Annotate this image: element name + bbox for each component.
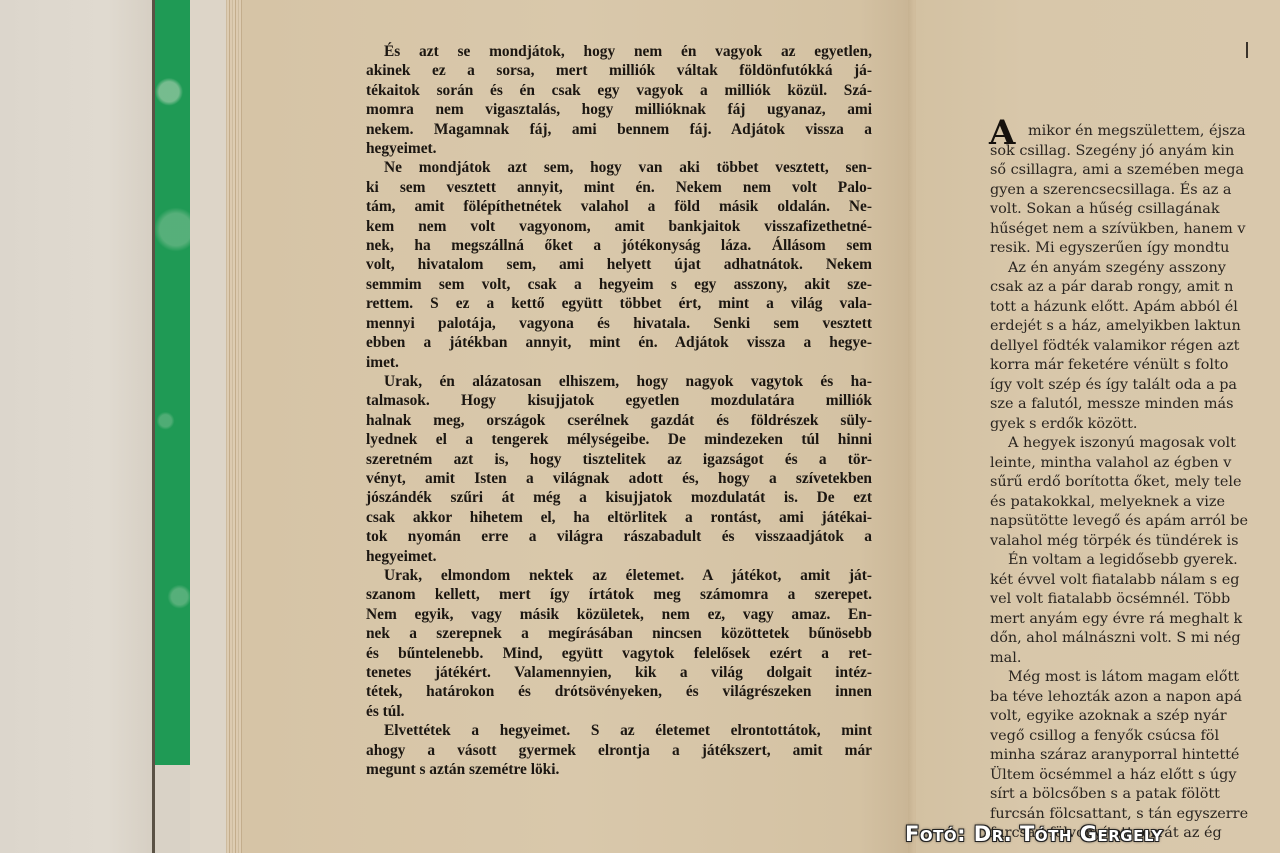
text-line: Urak, elmondom nektek az életemet. A ját… <box>366 566 872 585</box>
text-line: volt, hivatalom sem, ami helyett újat ad… <box>366 255 872 274</box>
text-line: gyek s erdők között. <box>990 415 1280 435</box>
text-line: sűrű erdő borította őket, mely tele <box>990 473 1280 493</box>
text-line: vegő csillog a fenyők csúcsa föl <box>990 727 1280 747</box>
text-line: sze a falutól, messze minden más <box>990 395 1280 415</box>
text-line: hűséget nem a szívükben, hanem v <box>990 220 1280 240</box>
paragraph: Ne mondjátok azt sem, hogy van aki többe… <box>366 158 872 371</box>
text-line: Nem egyik, vagy másik közületek, nem ez,… <box>366 605 872 624</box>
text-line: tok nyomán erre a világra rászabadult és… <box>366 527 872 546</box>
text-line: mikor én megszülettem, éjsza <box>990 122 1280 142</box>
text-line: rettem. S ez a kettő együtt többet ért, … <box>366 294 872 313</box>
text-line: ki sem vesztett annyit, mint én. Nekem n… <box>366 178 872 197</box>
text-line: Elvettétek a hegyeimet. S az életemet el… <box>366 721 872 740</box>
text-line: nek, ha megszállná őket a jótékonyság lá… <box>366 236 872 255</box>
text-line: Még most is látom magam előtt <box>990 668 1280 688</box>
background-page <box>0 0 153 853</box>
paragraph: Urak, elmondom nektek az életemet. A ját… <box>366 566 872 721</box>
text-line: és bűntelenebb. Mind, együtt vagytok fel… <box>366 644 872 663</box>
flyleaf <box>190 0 228 853</box>
text-line: ahogy a vásott gyermek elrontja a játéks… <box>366 741 872 760</box>
text-line: momra nem vigasztalás, hogy millióknak f… <box>366 100 872 119</box>
text-line: csak az a pár darab rongy, amit n <box>990 278 1280 298</box>
text-line: hegyeimet. <box>366 139 872 158</box>
text-line: gyen a szerencsecsillaga. És az a <box>990 181 1280 201</box>
text-line: mal. <box>990 649 1280 669</box>
text-line: ső csillagra, ami a szemében mega <box>990 161 1280 181</box>
paragraph: Elvettétek a hegyeimet. S az életemet el… <box>366 721 872 779</box>
paragraph: És azt se mondjátok, hogy nem én vagyok … <box>366 42 872 158</box>
text-line: tenetes játékért. Valamennyien, kik a vi… <box>366 663 872 682</box>
text-line: akinek ez a sorsa, mert milliók váltak f… <box>366 61 872 80</box>
text-line: ebben a játékban annyit, mint én. Adjáto… <box>366 333 872 352</box>
text-line: tott a házunk előtt. Apám abból él <box>990 298 1280 318</box>
text-line: Urak, én alázatosan elhiszem, hogy nagyo… <box>366 372 872 391</box>
text-line: csak akkor hihetem el, ha eltörlitek a r… <box>366 508 872 527</box>
page-edges <box>226 0 242 853</box>
text-line: vel volt fiatalabb öcsémnél. Több <box>990 590 1280 610</box>
text-line: erdejét s a ház, amelyikben laktun <box>990 317 1280 337</box>
text-line: minha száraz aranyporral hintetté <box>990 746 1280 766</box>
text-line: Én voltam a legidősebb gyerek. <box>990 551 1280 571</box>
text-line: Ültem öcsémmel a ház előtt s úgy <box>990 766 1280 786</box>
text-line: kem nem volt vagyonom, amit bankjaitok v… <box>366 217 872 236</box>
text-line: sok csillag. Szegény jó anyám kin <box>990 142 1280 162</box>
text-line: leinte, mintha valahol az égben v <box>990 454 1280 474</box>
text-line: megunt s aztán szemétre löki. <box>366 760 872 779</box>
photo-credit-watermark: Fotó: Dr. Tóth Gergely <box>905 822 1163 846</box>
text-line: A hegyek iszonyú magosak volt <box>990 434 1280 454</box>
text-line: szeretném azt is, hogy tisztelitek az ig… <box>366 450 872 469</box>
text-line: dellyel födték valamikor régen azt <box>990 337 1280 357</box>
page-mark <box>1246 42 1248 58</box>
text-line: volt, egyike azoknak a szép nyár <box>990 707 1280 727</box>
text-line: így volt szép és így talált oda a pa <box>990 376 1280 396</box>
text-line: semmim sem volt, csak a hegyeim s egy as… <box>366 275 872 294</box>
paragraph: Urak, én alázatosan elhiszem, hogy nagyo… <box>366 372 872 566</box>
text-line: hegyeimet. <box>366 547 872 566</box>
text-line: ba téve lehozták azon a napon apá <box>990 688 1280 708</box>
text-line: nekem. Magamnak fáj, ami bennem fáj. Adj… <box>366 120 872 139</box>
right-page-text: mikor én megszülettem, éjszasok csillag.… <box>990 122 1280 844</box>
text-line: lyednek el a tengerek mélységeibe. De mi… <box>366 430 872 449</box>
text-line: tétek, határokon és drótsövényeken, és v… <box>366 682 872 701</box>
text-line: vényt, amit Isten a világnak adott és, h… <box>366 469 872 488</box>
text-line: két évvel volt fiatalabb nálam s eg <box>990 571 1280 591</box>
text-line: halnak meg, országok cserélnek gazdát és… <box>366 411 872 430</box>
text-line: nek a szerepnek a megírásában nincsen kö… <box>366 624 872 643</box>
text-line: és patakokkal, melyeknek a vize <box>990 493 1280 513</box>
text-line: tékaitok során és én csak egy vagyok a m… <box>366 81 872 100</box>
text-line: resik. Mi egyszerűen így mondtu <box>990 239 1280 259</box>
text-line: tám, amit fölépíthetnétek valahol a föld… <box>366 197 872 216</box>
text-line: dőn, ahol málnászni volt. S mi nég <box>990 629 1280 649</box>
text-line: sírt a bölcsőben s a patak fölött <box>990 785 1280 805</box>
text-line: korra már feketére vénült s folto <box>990 356 1280 376</box>
text-line: volt. Sokan a hűség csillagának <box>990 200 1280 220</box>
text-line: szanom kellett, mert így írtátok meg szá… <box>366 585 872 604</box>
text-line: jószándék szűri át még a kisujjatok mozd… <box>366 488 872 507</box>
text-line: napsütötte levegő és apám arról be <box>990 512 1280 532</box>
left-page-text: És azt se mondjátok, hogy nem én vagyok … <box>366 42 872 779</box>
text-line: imet. <box>366 353 872 372</box>
text-line: Ne mondjátok azt sem, hogy van aki többe… <box>366 158 872 177</box>
text-line: Az én anyám szegény asszony <box>990 259 1280 279</box>
text-line: és túl. <box>366 702 872 721</box>
green-bookmark-strip <box>155 0 190 765</box>
text-line: mennyi palotája, vagyona és hivatala. Se… <box>366 314 872 333</box>
text-line: mert anyám egy évre rá meghalt k <box>990 610 1280 630</box>
text-line: És azt se mondjátok, hogy nem én vagyok … <box>366 42 872 61</box>
text-line: valahol még törpék és tündérek is <box>990 532 1280 552</box>
text-line: talmasok. Hogy kisujjatok egyetlen mozdu… <box>366 391 872 410</box>
